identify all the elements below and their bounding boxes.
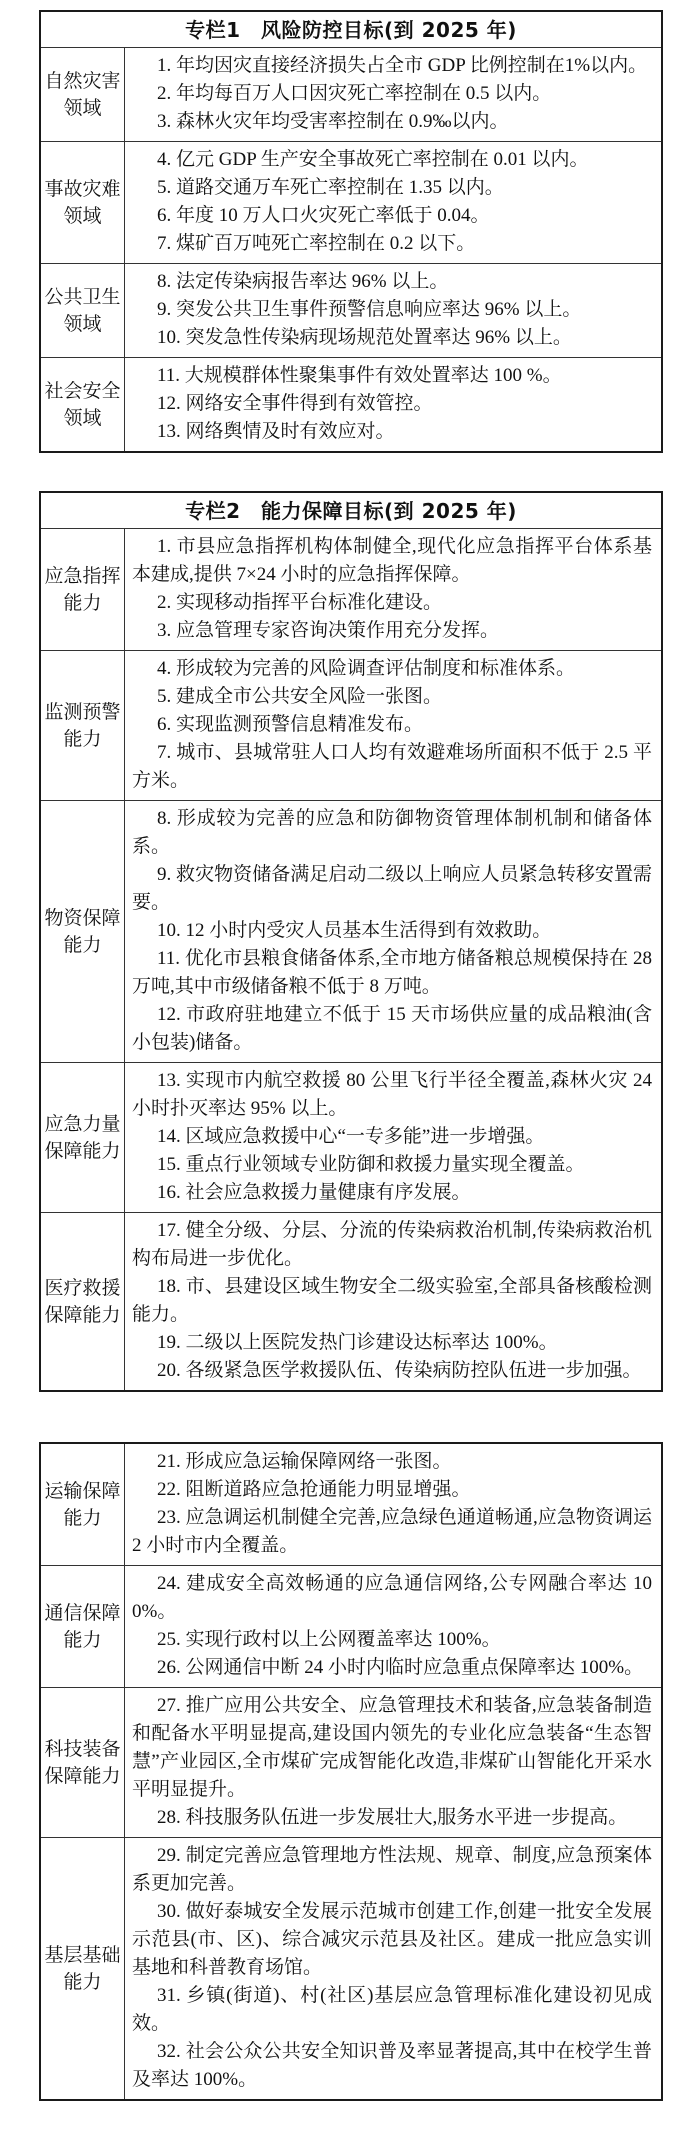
target-item: 12. 市政府驻地建立不低于 15 天市场供应量的成品粮油(含小包装)储备。 xyxy=(132,1001,652,1057)
target-item: 5. 建成全市公共安全风险一张图。 xyxy=(132,683,652,711)
category-label-line2: 领域 xyxy=(63,405,101,432)
category-label: 社会安全领域 xyxy=(41,358,125,451)
target-item: 7. 城市、县城常驻人口人均有效避难场所面积不低于 2.5 平方米。 xyxy=(132,739,652,795)
category-label-line1: 公共卫生 xyxy=(44,284,120,311)
table-row: 医疗救援保障能力17. 健全分级、分层、分流的传染病救治机制,传染病救治机构布局… xyxy=(41,1212,661,1390)
target-item: 8. 形成较为完善的应急和防御物资管理体制机制和储备体系。 xyxy=(132,805,652,861)
targets-cell: 11. 大规模群体性聚集事件有效处置率达 100 %。12. 网络安全事件得到有… xyxy=(125,358,661,451)
target-item: 14. 区域应急救援中心“一专多能”进一步增强。 xyxy=(132,1123,652,1151)
category-label-line2: 保障能力 xyxy=(44,1302,120,1329)
target-item: 21. 形成应急运输保障网络一张图。 xyxy=(132,1448,652,1476)
target-item: 17. 健全分级、分层、分流的传染病救治机制,传染病救治机构布局进一步优化。 xyxy=(132,1217,652,1273)
document-body: 专栏1 风险防控目标(到 2025 年)自然灾害领域1. 年均因灾直接经济损失占… xyxy=(0,10,700,2101)
targets-cell: 1. 年均因灾直接经济损失占全市 GDP 比例控制在1%以内。2. 年均每百万人… xyxy=(125,48,661,141)
target-item: 13. 网络舆情及时有效应对。 xyxy=(132,418,652,446)
targets-cell: 8. 形成较为完善的应急和防御物资管理体制机制和储备体系。9. 救灾物资储备满足… xyxy=(125,801,661,1062)
category-label-line1: 科技装备 xyxy=(44,1736,120,1763)
target-item: 6. 年度 10 万人口火灾死亡率低于 0.04。 xyxy=(132,202,652,230)
category-label-line2: 领域 xyxy=(63,203,101,230)
targets-cell: 21. 形成应急运输保障网络一张图。22. 阻断道路应急抢通能力明显增强。23.… xyxy=(125,1444,661,1565)
target-item: 6. 实现监测预警信息精准发布。 xyxy=(132,711,652,739)
targets-cell: 17. 健全分级、分层、分流的传染病救治机制,传染病救治机构布局进一步优化。18… xyxy=(125,1213,661,1390)
target-item: 13. 实现市内航空救援 80 公里飞行半径全覆盖,森林火灾 24 小时扑灭率达… xyxy=(132,1067,652,1123)
category-label: 应急指挥能力 xyxy=(41,529,125,650)
category-label-line1: 物资保障 xyxy=(44,905,120,932)
table-row: 应急力量保障能力13. 实现市内航空救援 80 公里飞行半径全覆盖,森林火灾 2… xyxy=(41,1062,661,1212)
category-label-line1: 基层基础 xyxy=(44,1942,120,1969)
panel-title: 专栏2 能力保障目标(到 2025 年) xyxy=(41,493,661,529)
target-item: 4. 形成较为完善的风险调查评估制度和标准体系。 xyxy=(132,655,652,683)
target-item: 29. 制定完善应急管理地方性法规、规章、制度,应急预案体系更加完善。 xyxy=(132,1842,652,1898)
category-label-line1: 社会安全 xyxy=(44,378,120,405)
target-item: 10. 12 小时内受灾人员基本生活得到有效救助。 xyxy=(132,917,652,945)
targets-cell: 4. 亿元 GDP 生产安全事故死亡率控制在 0.01 以内。5. 道路交通万车… xyxy=(125,142,661,263)
target-item: 26. 公网通信中断 24 小时内临时应急重点保障率达 100%。 xyxy=(132,1654,652,1682)
category-label-line2: 能力 xyxy=(63,932,101,959)
targets-cell: 24. 建成安全高效畅通的应急通信网络,公专网融合率达 100%。25. 实现行… xyxy=(125,1566,661,1687)
category-label-line1: 应急力量 xyxy=(44,1111,120,1138)
category-label-line2: 领域 xyxy=(63,311,101,338)
table-row: 运输保障能力21. 形成应急运输保障网络一张图。22. 阻断道路应急抢通能力明显… xyxy=(41,1444,661,1565)
target-item: 23. 应急调运机制健全完善,应急绿色通道畅通,应急物资调运 2 小时市内全覆盖… xyxy=(132,1504,652,1560)
category-label-line2: 能力 xyxy=(63,1627,101,1654)
category-label: 应急力量保障能力 xyxy=(41,1063,125,1212)
target-item: 30. 做好泰城安全发展示范城市创建工作,创建一批安全发展示范县(市、区)、综合… xyxy=(132,1898,652,1982)
targets-cell: 1. 市县应急指挥机构体制健全,现代化应急指挥平台体系基本建成,提供 7×24 … xyxy=(125,529,661,650)
targets-cell: 4. 形成较为完善的风险调查评估制度和标准体系。5. 建成全市公共安全风险一张图… xyxy=(125,651,661,800)
target-item: 9. 救灾物资储备满足启动二级以上响应人员紧急转移安置需要。 xyxy=(132,861,652,917)
category-label: 事故灾难领域 xyxy=(41,142,125,263)
table-row: 物资保障能力8. 形成较为完善的应急和防御物资管理体制机制和储备体系。9. 救灾… xyxy=(41,800,661,1062)
target-item: 24. 建成安全高效畅通的应急通信网络,公专网融合率达 100%。 xyxy=(132,1570,652,1626)
table-row: 应急指挥能力1. 市县应急指挥机构体制健全,现代化应急指挥平台体系基本建成,提供… xyxy=(41,529,661,650)
category-label: 通信保障能力 xyxy=(41,1566,125,1687)
target-item: 11. 优化市县粮食储备体系,全市地方储备粮总规模保持在 28 万吨,其中市级储… xyxy=(132,945,652,1001)
category-label-line1: 运输保障 xyxy=(44,1478,120,1505)
target-item: 8. 法定传染病报告率达 96% 以上。 xyxy=(132,268,652,296)
category-label-line1: 事故灾难 xyxy=(44,176,120,203)
target-item: 5. 道路交通万车死亡率控制在 1.35 以内。 xyxy=(132,174,652,202)
table-panel: 运输保障能力21. 形成应急运输保障网络一张图。22. 阻断道路应急抢通能力明显… xyxy=(39,1442,663,2101)
category-label-line2: 保障能力 xyxy=(44,1763,120,1790)
target-item: 28. 科技服务队伍进一步发展壮大,服务水平进一步提高。 xyxy=(132,1804,652,1832)
target-item: 3. 森林火灾年均受害率控制在 0.9‰以内。 xyxy=(132,108,652,136)
target-item: 12. 网络安全事件得到有效管控。 xyxy=(132,390,652,418)
target-item: 11. 大规模群体性聚集事件有效处置率达 100 %。 xyxy=(132,362,652,390)
target-item: 27. 推广应用公共安全、应急管理技术和装备,应急装备制造和配备水平明显提高,建… xyxy=(132,1692,652,1804)
category-label: 基层基础能力 xyxy=(41,1838,125,2099)
target-item: 20. 各级紧急医学救援队伍、传染病防控队伍进一步加强。 xyxy=(132,1357,652,1385)
category-label-line2: 能力 xyxy=(63,1505,101,1532)
table-panel: 专栏2 能力保障目标(到 2025 年)应急指挥能力1. 市县应急指挥机构体制健… xyxy=(39,491,663,1392)
target-item: 4. 亿元 GDP 生产安全事故死亡率控制在 0.01 以内。 xyxy=(132,146,652,174)
category-label: 物资保障能力 xyxy=(41,801,125,1062)
targets-cell: 29. 制定完善应急管理地方性法规、规章、制度,应急预案体系更加完善。30. 做… xyxy=(125,1838,661,2099)
category-label: 科技装备保障能力 xyxy=(41,1688,125,1837)
table-row: 事故灾难领域4. 亿元 GDP 生产安全事故死亡率控制在 0.01 以内。5. … xyxy=(41,141,661,263)
table-row: 科技装备保障能力27. 推广应用公共安全、应急管理技术和装备,应急装备制造和配备… xyxy=(41,1687,661,1837)
targets-cell: 27. 推广应用公共安全、应急管理技术和装备,应急装备制造和配备水平明显提高,建… xyxy=(125,1688,661,1837)
target-item: 10. 突发急性传染病现场规范处置率达 96% 以上。 xyxy=(132,324,652,352)
category-label-line1: 应急指挥 xyxy=(44,563,120,590)
table-row: 监测预警能力4. 形成较为完善的风险调查评估制度和标准体系。5. 建成全市公共安… xyxy=(41,650,661,800)
table-row: 社会安全领域11. 大规模群体性聚集事件有效处置率达 100 %。12. 网络安… xyxy=(41,357,661,451)
target-item: 2. 实现移动指挥平台标准化建设。 xyxy=(132,589,652,617)
target-item: 25. 实现行政村以上公网覆盖率达 100%。 xyxy=(132,1626,652,1654)
category-label: 公共卫生领域 xyxy=(41,264,125,357)
table-panel: 专栏1 风险防控目标(到 2025 年)自然灾害领域1. 年均因灾直接经济损失占… xyxy=(39,10,663,453)
category-label-line2: 保障能力 xyxy=(44,1138,120,1165)
category-label-line1: 医疗救援 xyxy=(44,1275,120,1302)
category-label-line2: 领域 xyxy=(63,95,101,122)
table-row: 自然灾害领域1. 年均因灾直接经济损失占全市 GDP 比例控制在1%以内。2. … xyxy=(41,48,661,141)
category-label-line1: 自然灾害 xyxy=(44,68,120,95)
target-item: 1. 市县应急指挥机构体制健全,现代化应急指挥平台体系基本建成,提供 7×24 … xyxy=(132,533,652,589)
table-row: 公共卫生领域8. 法定传染病报告率达 96% 以上。9. 突发公共卫生事件预警信… xyxy=(41,263,661,357)
panel-title: 专栏1 风险防控目标(到 2025 年) xyxy=(41,12,661,48)
target-item: 9. 突发公共卫生事件预警信息响应率达 96% 以上。 xyxy=(132,296,652,324)
table-row: 基层基础能力29. 制定完善应急管理地方性法规、规章、制度,应急预案体系更加完善… xyxy=(41,1837,661,2099)
target-item: 3. 应急管理专家咨询决策作用充分发挥。 xyxy=(132,617,652,645)
category-label: 自然灾害领域 xyxy=(41,48,125,141)
category-label: 监测预警能力 xyxy=(41,651,125,800)
table-row: 通信保障能力24. 建成安全高效畅通的应急通信网络,公专网融合率达 100%。2… xyxy=(41,1565,661,1687)
target-item: 7. 煤矿百万吨死亡率控制在 0.2 以下。 xyxy=(132,230,652,258)
target-item: 31. 乡镇(街道)、村(社区)基层应急管理标准化建设初见成效。 xyxy=(132,1982,652,2038)
target-item: 19. 二级以上医院发热门诊建设达标率达 100%。 xyxy=(132,1329,652,1357)
category-label: 运输保障能力 xyxy=(41,1444,125,1565)
targets-cell: 8. 法定传染病报告率达 96% 以上。9. 突发公共卫生事件预警信息响应率达 … xyxy=(125,264,661,357)
category-label-line1: 监测预警 xyxy=(44,699,120,726)
category-label-line2: 能力 xyxy=(63,1969,101,1996)
category-label-line2: 能力 xyxy=(63,726,101,753)
category-label: 医疗救援保障能力 xyxy=(41,1213,125,1390)
target-item: 1. 年均因灾直接经济损失占全市 GDP 比例控制在1%以内。 xyxy=(132,52,652,80)
targets-cell: 13. 实现市内航空救援 80 公里飞行半径全覆盖,森林火灾 24 小时扑灭率达… xyxy=(125,1063,661,1212)
target-item: 32. 社会公众公共安全知识普及率显著提高,其中在校学生普及率达 100%。 xyxy=(132,2038,652,2094)
target-item: 22. 阻断道路应急抢通能力明显增强。 xyxy=(132,1476,652,1504)
category-label-line2: 能力 xyxy=(63,590,101,617)
category-label-line1: 通信保障 xyxy=(44,1600,120,1627)
target-item: 15. 重点行业领域专业防御和救援力量实现全覆盖。 xyxy=(132,1151,652,1179)
target-item: 2. 年均每百万人口因灾死亡率控制在 0.5 以内。 xyxy=(132,80,652,108)
target-item: 18. 市、县建设区域生物安全二级实验室,全部具备核酸检测能力。 xyxy=(132,1273,652,1329)
target-item: 16. 社会应急救援力量健康有序发展。 xyxy=(132,1179,652,1207)
